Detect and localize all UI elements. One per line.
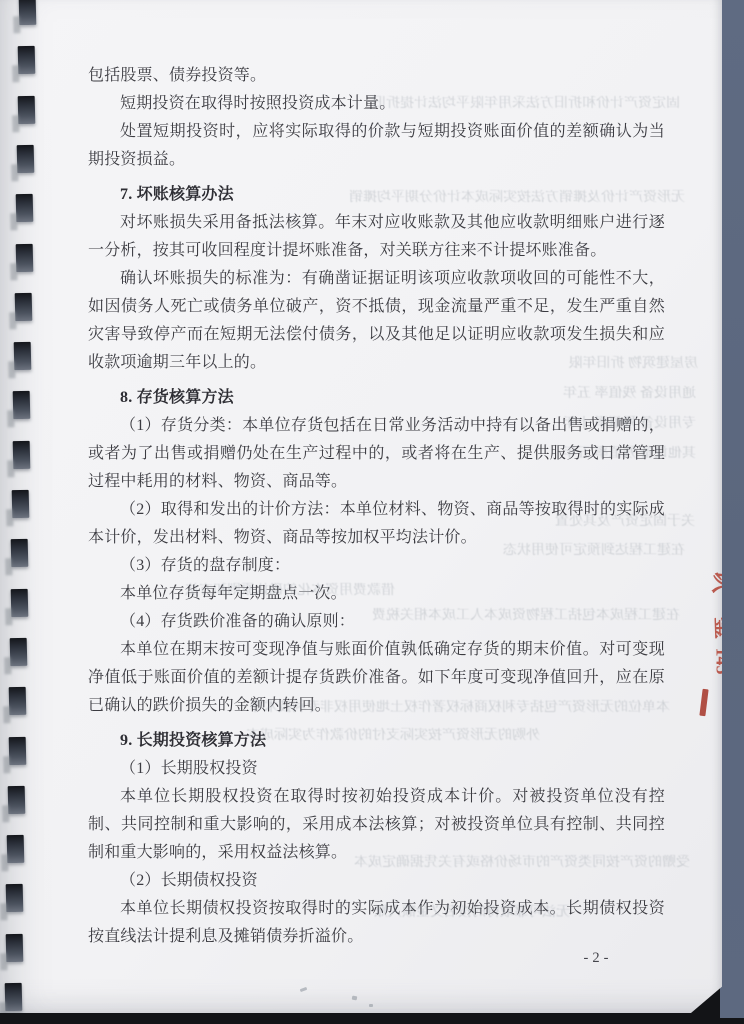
binding-hole (14, 293, 32, 321)
paragraph: 确认坏账损失的标准为：有确凿证据证明该项应收款项收回的可能性不大，如因债务人死亡… (88, 265, 665, 377)
binding-hole (19, 0, 37, 25)
paragraph: （4）存货跌价准备的确认原则： (88, 608, 665, 636)
binding-hole (9, 687, 27, 715)
scanner-backdrop (720, 0, 744, 1018)
binding-hole (14, 342, 32, 370)
section-heading: 8. 存货核算方法 (88, 384, 665, 412)
scanned-page: 包括股票、债券投资等。短期投资在取得时按照投资成本计量。处置短期投资时，应将实际… (0, 0, 722, 1013)
paragraph: 本单位在期末按可变现净值与账面价值孰低确定存货的期末价值。对可变现净值低于账面价… (88, 636, 665, 720)
page-number: -2- (552, 950, 644, 967)
section-heading: 7. 坏账核算办法 (88, 181, 665, 209)
dust-speck (352, 996, 358, 1001)
binding-hole (7, 786, 25, 814)
binding-hole (13, 391, 31, 419)
binding-hole (11, 539, 29, 567)
binding-hole (8, 736, 26, 764)
scanned-document-view: 包括股票、债券投资等。短期投资在取得时按照投资成本计量。处置短期投资时，应将实际… (0, 0, 744, 1024)
dust-speck (369, 1004, 373, 1007)
paragraph: （1）长期股权投资 (88, 755, 665, 783)
binding-hole (10, 588, 28, 616)
paragraph: 对坏账损失采用备抵法核算。年末对应收账款及其他应收款明细账户进行逐一分析，按其可… (88, 209, 665, 265)
red-margin-mark (699, 689, 708, 717)
paragraph: （2）长期债权投资 (88, 867, 665, 895)
binding-hole (6, 884, 24, 912)
binding-hole (12, 490, 30, 518)
paragraph: （1）存货分类：本单位存货包括在日常业务活动中持有以备出售或捐赠的，或者为了出售… (88, 412, 665, 496)
paragraph: （3）存货的盘存制度： (88, 552, 665, 580)
paragraph: 短期投资在取得时按照投资成本计量。 (88, 90, 665, 118)
binding-hole (10, 638, 28, 666)
binding-hole (5, 933, 23, 961)
paragraph: 包括股票、债券投资等。 (88, 62, 665, 90)
paragraph: 本单位存货每年定期盘点一次。 (88, 580, 665, 608)
binding-hole (15, 243, 33, 271)
binding-hole (16, 194, 34, 222)
binding-hole (5, 983, 23, 1011)
paragraph: 本单位长期股权投资在取得时按初始投资成本计价。对被投资单位没有控制、共同控制和重… (88, 783, 665, 867)
binding-hole (18, 46, 36, 74)
document-body: 包括股票、债券投资等。短期投资在取得时按照投资成本计量。处置短期投资时，应将实际… (88, 62, 665, 951)
binding-hole (7, 835, 25, 863)
section-heading: 9. 长期投资核算方法 (88, 727, 665, 755)
paragraph: （2）取得和发出的计价方法：本单位材料、物资、商品等按取得时的实际成本计价，发出… (88, 496, 665, 552)
paragraph: 处置短期投资时，应将实际取得的价款与短期投资账面价值的差额确认为当期投资损益。 (88, 118, 665, 174)
binding-hole (17, 95, 35, 123)
binding-hole (17, 145, 35, 173)
dust-speck (300, 987, 308, 992)
paragraph: 本单位长期债权投资按取得时的实际成本作为初始投资成本。长期债权投资按直线法计提利… (88, 895, 665, 951)
binding-hole (12, 440, 30, 468)
